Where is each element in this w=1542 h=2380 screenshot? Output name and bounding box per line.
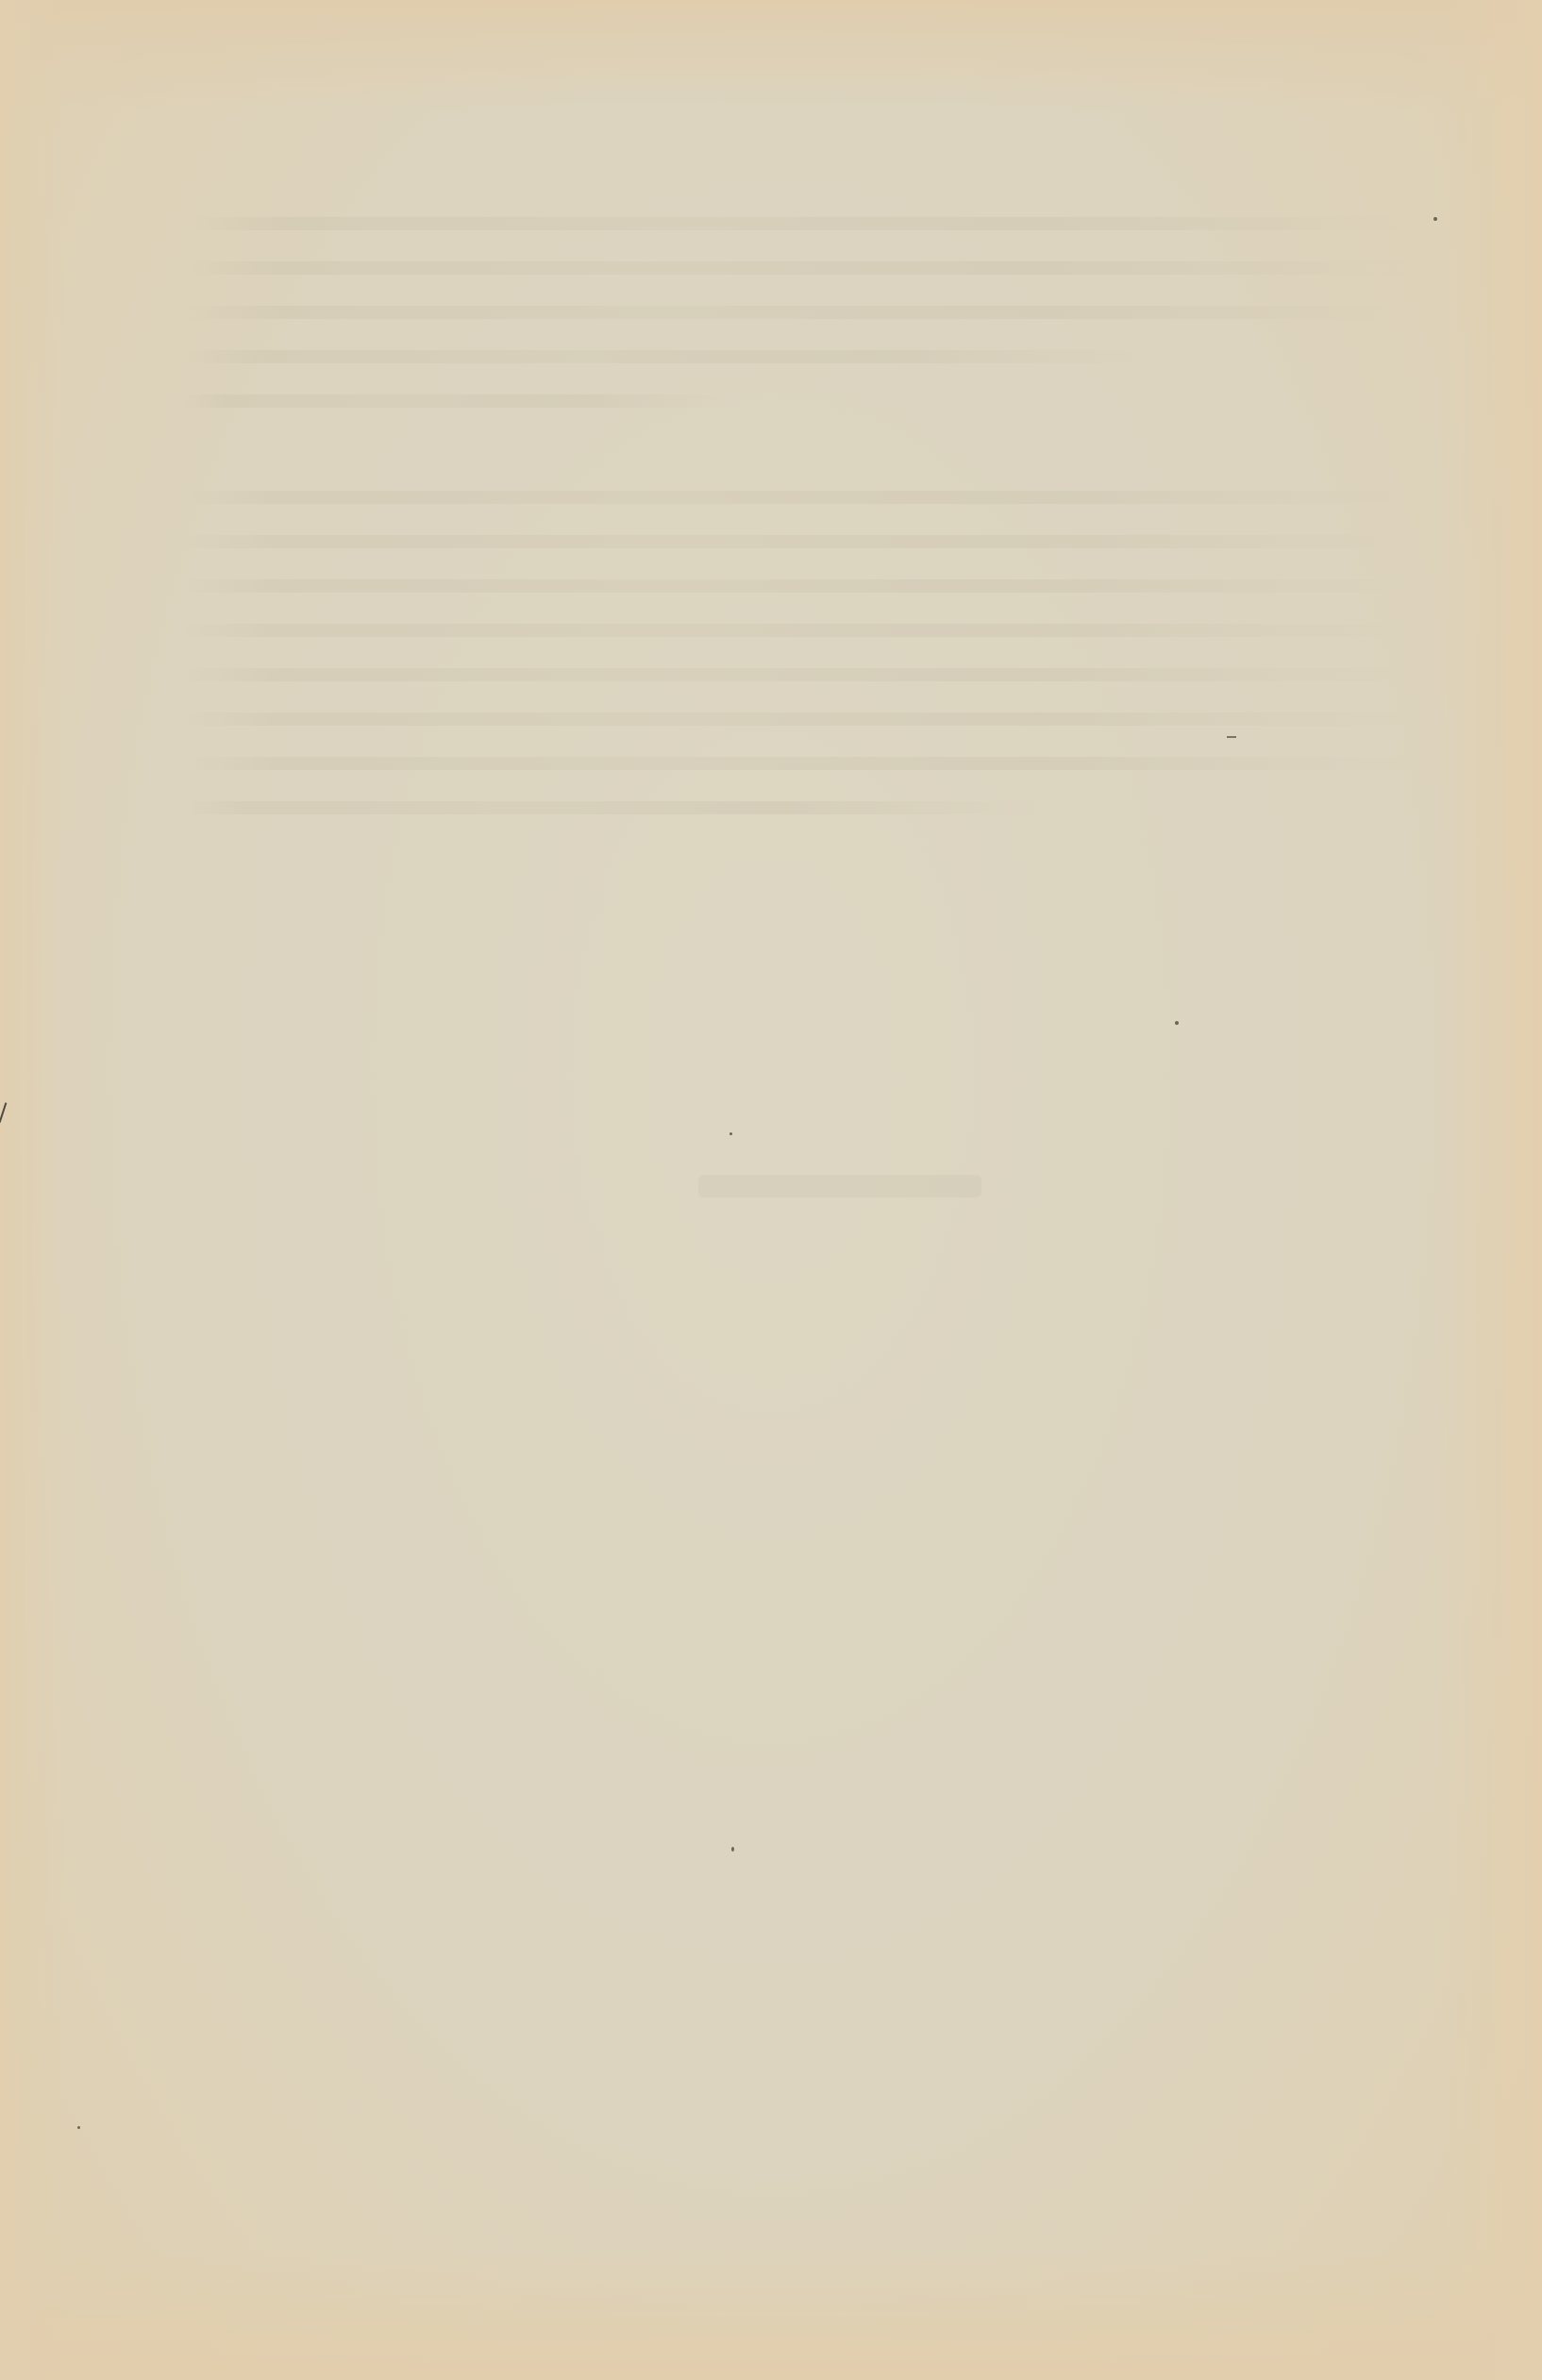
bleed-through-line xyxy=(184,306,1411,319)
bleed-through-line xyxy=(184,535,1411,548)
bleed-through-line xyxy=(184,757,1411,770)
bleed-through-line xyxy=(184,668,1411,681)
bleed-through-line xyxy=(184,712,1411,726)
paper-speck xyxy=(77,2126,80,2129)
paper-edge-left xyxy=(0,0,66,2380)
bleed-through-line xyxy=(184,801,1043,814)
paper-edge-bottom xyxy=(0,2248,1542,2380)
bleed-through-heading xyxy=(698,1175,981,1198)
paper-mark xyxy=(1227,736,1236,738)
bleed-through-line xyxy=(184,579,1411,593)
bleed-through-paragraph-2 xyxy=(184,491,1411,846)
paper-edge-right xyxy=(1438,0,1542,2380)
bleed-through-line xyxy=(184,217,1411,230)
paper-speck xyxy=(1433,217,1437,221)
bleed-through-line xyxy=(184,350,1165,363)
bleed-through-line xyxy=(184,624,1411,637)
paper-speck xyxy=(1175,1021,1179,1025)
bleed-through-line xyxy=(184,491,1411,504)
bleed-through-line xyxy=(184,394,736,408)
paper-speck xyxy=(729,1132,732,1135)
paper-speck xyxy=(731,1847,734,1852)
bleed-through-line xyxy=(184,261,1411,275)
scanned-page xyxy=(0,0,1542,2380)
paper-edge-top xyxy=(0,0,1542,113)
bleed-through-paragraph-1 xyxy=(184,217,1411,439)
